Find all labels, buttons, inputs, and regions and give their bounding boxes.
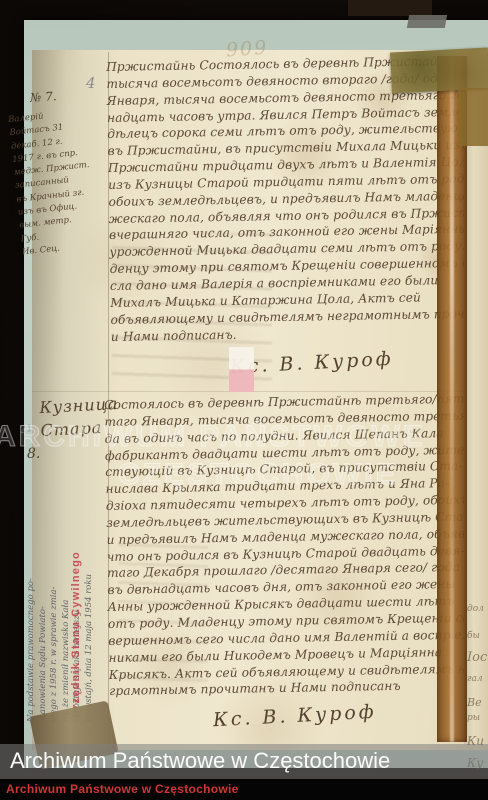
repair-tape-vertical: [437, 56, 467, 742]
archive-watermark-line1: ARCHIWUM PAŃSTWOWE: [0, 420, 426, 454]
archive-watermark-line2: CZĘSTOCHOWIE: [118, 458, 398, 492]
footer-band: Archiwum Państwowe w Częstochowie: [0, 779, 488, 800]
backdrop-shadow-patch: [348, 0, 432, 16]
registrar-stamp-text: Urzędnik Stanu Cywilnego: [70, 551, 82, 718]
caption-band-text: Archiwum Państwowe w Częstochowie: [10, 748, 390, 774]
manuscript-line: дол: [467, 604, 484, 614]
manuscript-line: Іос: [467, 650, 487, 665]
caption-band: Archiwum Państwowe w Częstochowie: [0, 744, 488, 779]
manuscript-line: wego z 1958 r. w sprawie zmia-: [49, 430, 61, 722]
manuscript-line: Ве: [467, 696, 482, 709]
adjacent-page-edge: долбыІосгалВерыКиКу: [464, 56, 488, 744]
repair-tape-top: [390, 47, 488, 93]
manuscript-line: Na podstawie prawomocnego po-: [26, 430, 38, 722]
manuscript-line: ры: [467, 713, 480, 723]
manuscript-line: гал: [467, 674, 483, 684]
manuscript-line: stanowienia Sądu Powiato-: [38, 430, 50, 722]
archive-photo: 4 909 № 7. ВалерійВойтасъ 31декаб. 12 г.…: [0, 0, 488, 800]
book-clip-tab: [407, 15, 447, 28]
color-patch-sticker: [229, 347, 254, 392]
rotated-pencil-annotation: Na podstawie prawomocnego po-stanowienia…: [26, 430, 96, 722]
manuscript-line: Przystajń, dnia 12 maja 1954 roku: [84, 430, 96, 722]
pencil-mark: 4: [86, 74, 96, 92]
record-7-text: Пржистайнь Состоялось въ деревнѣ Пржиста…: [106, 53, 483, 346]
margin-note: ВалерійВойтасъ 31декаб. 12 г.1917 г. въ …: [8, 105, 115, 260]
record-number: № 7.: [30, 89, 58, 105]
repair-tape-patch: [458, 88, 488, 146]
footer-band-text: Archiwum Państwowe w Częstochowie: [6, 782, 239, 796]
manuscript-line: бы: [467, 631, 480, 641]
